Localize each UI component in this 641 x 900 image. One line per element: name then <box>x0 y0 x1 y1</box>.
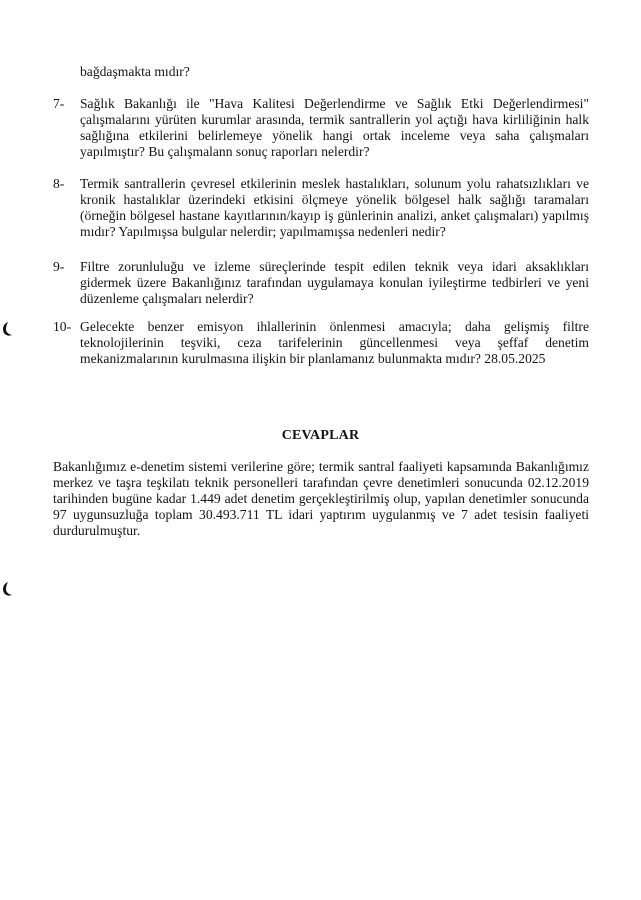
answer-paragraph: Bakanlığımız e-denetim sistemi verilerin… <box>53 459 589 539</box>
question-number: 8- <box>53 176 80 192</box>
question-number: 10- <box>53 319 80 335</box>
question-number: 7- <box>53 96 80 112</box>
question-text: Termik santrallerin çevresel etkilerinin… <box>80 176 589 240</box>
question-number: 9- <box>53 259 80 275</box>
question-text: Gelecekte benzer emisyon ihlallerinin ön… <box>80 319 589 367</box>
punch-hole-mark-icon <box>2 582 12 596</box>
question-text: Sağlık Bakanlığı ile "Hava Kalitesi Değe… <box>80 96 589 160</box>
continuation-text: bağdaşmakta mıdır? <box>80 64 589 80</box>
question-item-9: 9- Filtre zorunluluğu ve izleme süreçler… <box>53 259 589 307</box>
answers-heading: CEVAPLAR <box>0 428 641 444</box>
question-item-7: 7- Sağlık Bakanlığı ile "Hava Kalitesi D… <box>53 96 589 160</box>
question-text: Filtre zorunluluğu ve izleme süreçlerind… <box>80 259 589 307</box>
question-item-10: 10- Gelecekte benzer emisyon ihlallerini… <box>53 319 589 367</box>
question-item-8: 8- Termik santrallerin çevresel etkileri… <box>53 176 589 240</box>
punch-hole-mark-icon <box>2 322 12 336</box>
document-page: bağdaşmakta mıdır? 7- Sağlık Bakanlığı i… <box>0 0 641 900</box>
